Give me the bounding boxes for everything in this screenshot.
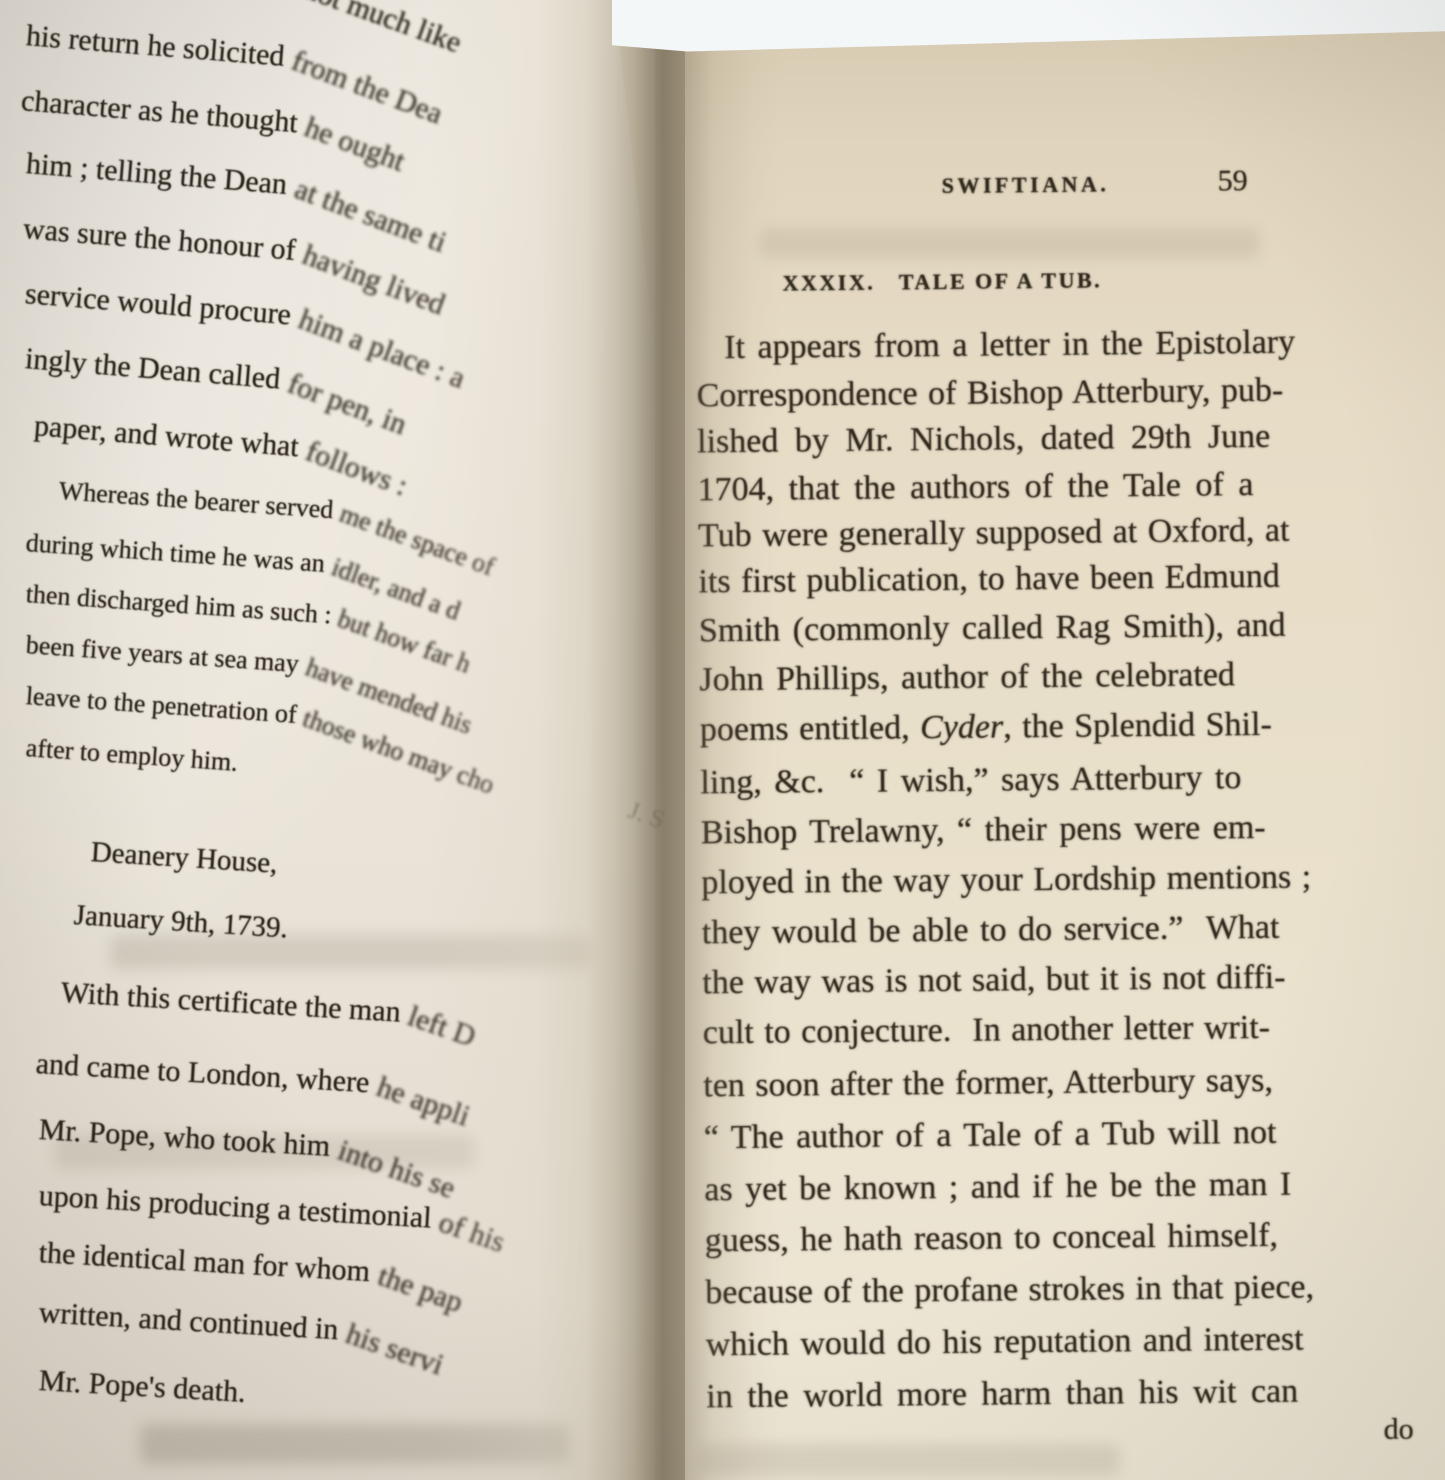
line-text: his return he solicited: [25, 19, 286, 73]
line-text: paper, and wrote what: [33, 409, 300, 463]
line-tail-text: into his se: [327, 1133, 459, 1204]
line-text: January 9th, 1739.: [73, 899, 289, 944]
text-line: and came to London, where he appli: [35, 1049, 473, 1104]
line-text: cult to conjecture. In another letter wr…: [703, 1009, 1271, 1051]
italic-word: Cyder: [920, 708, 1003, 746]
text-line: Tub were generally supposed at Oxford, a…: [698, 514, 1290, 554]
line-tail-text: left D: [397, 999, 479, 1053]
text-line: Whereas the bearer served me the space o…: [58, 478, 503, 535]
right-page: SWIFTIANA. 59 XXXIX. TALE OF A TUB. It a…: [648, 0, 1445, 1480]
line-text: ployed in the way your Lordship mentions…: [701, 858, 1311, 901]
text-line: Bishop Trelawny, “ their pens were em-: [701, 811, 1266, 850]
line-text: because of the profane strokes in that p…: [705, 1268, 1314, 1311]
line-text: written, and continued in: [38, 1296, 339, 1346]
text-line: “ The author of a Tale of a Tub will not: [704, 1116, 1277, 1155]
line-text: was sure the honour of: [22, 212, 297, 267]
line-text: poems entitled,: [700, 709, 921, 748]
text-line: guess, he hath reason to conceal himself…: [705, 1219, 1278, 1259]
text-line: poems entitled, Cyder, the Splendid Shil…: [700, 708, 1272, 747]
text-line: as yet be known ; and if he be the man I: [704, 1168, 1291, 1208]
line-tail-text: follows :: [295, 434, 412, 502]
line-text: Correspondence of Bishop Atterbury, pub-: [697, 372, 1284, 415]
text-line: ployed in the way your Lordship mentions…: [701, 860, 1311, 900]
line-text: upon his producing a testimonial: [38, 1179, 433, 1235]
line-text: service would procure: [24, 277, 292, 331]
line-tail-text: the pap: [367, 1258, 467, 1318]
text-line: the way was is not said, but it is not d…: [702, 961, 1285, 1001]
line-text: 1704, that the authors of the Tale of a: [697, 466, 1253, 508]
line-text: , the Splendid Shil-: [1003, 706, 1272, 746]
text-line: Mr. Pope's death.: [38, 1366, 246, 1408]
line-text: as yet be known ; and if he be the man I: [704, 1166, 1291, 1209]
text-line: ling, &c. “ I wish,” says Atterbury to: [700, 761, 1241, 800]
catchword: do: [1383, 1413, 1413, 1447]
text-line: 1704, that the authors of the Tale of a: [697, 468, 1253, 507]
line-text: during which time he was an: [25, 528, 326, 578]
line-text: Mr. Pope's death.: [38, 1364, 247, 1409]
line-text: John Phillips, author of the celebrated: [699, 656, 1235, 698]
text-line: Correspondence of Bishop Atterbury, pub-: [697, 374, 1284, 414]
text-line: lished by Mr. Nichols, dated 29th June: [697, 420, 1270, 459]
line-text: guess, he hath reason to conceal himself…: [705, 1217, 1278, 1260]
line-text: ingly the Dean called: [24, 342, 282, 395]
text-line: the identical man for whom the pap: [38, 1238, 466, 1293]
text-line: its first publication, to have been Edmu…: [698, 560, 1280, 600]
text-line: Mr. Pope, who took him into his se: [38, 1115, 460, 1169]
dateline: January 9th, 1739.: [73, 901, 289, 943]
line-tail-text: he appli: [366, 1069, 473, 1131]
line-text: Mr. Pope, who took him: [38, 1113, 331, 1163]
text-line: because of the profane strokes in that p…: [705, 1270, 1314, 1310]
line-text: they would be able to do service.” What: [702, 909, 1280, 952]
text-line: Smith (commonly called Rag Smith), and: [699, 609, 1286, 649]
line-text: after to employ him.: [25, 733, 239, 777]
line-text: and came to London, where: [35, 1047, 370, 1099]
text-line: which would do his reputation and intere…: [706, 1323, 1304, 1363]
line-text: leave to the penetration of: [25, 681, 298, 729]
book-photo: not much like his return he solicited fr…: [0, 0, 1445, 1480]
line-text: Whereas the bearer served: [58, 476, 334, 524]
line-tail-text: those who may cho: [294, 703, 498, 799]
text-line: It appears from a letter in the Epistola…: [724, 326, 1295, 365]
text-line: after to employ him.: [25, 735, 239, 776]
line-text: its first publication, to have been Edmu…: [698, 558, 1280, 601]
line-text: which would do his reputation and intere…: [706, 1321, 1304, 1364]
line-text: With this certificate the man: [60, 976, 402, 1029]
line-tail-text: of his: [428, 1205, 509, 1258]
line-text: “ The author of a Tale of a Tub will not: [704, 1114, 1277, 1156]
text-line: With this certificate the man left D: [60, 978, 478, 1032]
line-text: Deanery House,: [90, 836, 278, 880]
line-tail-text: he ought: [294, 110, 409, 177]
text-line: cult to conjecture. In another letter wr…: [703, 1011, 1271, 1050]
line-text: character as he thought: [20, 84, 299, 139]
text-line: written, and continued in his servi: [38, 1298, 447, 1351]
text-line: in the world more harm than his wit can: [706, 1375, 1298, 1415]
line-text: Smith (commonly called Rag Smith), and: [699, 607, 1286, 650]
line-text: in the world more harm than his wit can: [706, 1373, 1298, 1416]
section-heading: XXXIX. TALE OF A TUB.: [782, 267, 1102, 296]
dateline: Deanery House,: [90, 838, 278, 879]
line-text: lished by Mr. Nichols, dated 29th June: [697, 418, 1270, 460]
line-text: It appears from a letter in the Epistola…: [724, 324, 1295, 366]
page-number: 59: [1217, 164, 1247, 198]
text-line: ten soon after the former, Atterbury say…: [703, 1064, 1273, 1103]
line-text: been five years at sea may: [25, 630, 300, 678]
line-text: ling, &c. “ I wish,” says Atterbury to: [700, 759, 1241, 801]
line-text: the way was is not said, but it is not d…: [702, 959, 1286, 1002]
text-line: they would be able to do service.” What: [702, 911, 1280, 951]
line-tail-text: his servi: [335, 1316, 447, 1380]
line-text: the identical man for whom: [38, 1236, 371, 1288]
text-line: John Phillips, author of the celebrated: [699, 658, 1235, 697]
line-text: Bishop Trelawny, “ their pens were em-: [701, 809, 1266, 851]
running-header: SWIFTIANA.: [942, 171, 1110, 199]
line-text: ten soon after the former, Atterbury say…: [703, 1062, 1273, 1104]
line-text: Tub were generally supposed at Oxford, a…: [698, 512, 1290, 555]
line-text: then discharged him as such :: [25, 579, 333, 629]
line-text: him ; telling the Dean: [25, 147, 288, 201]
text-line: leave to the penetration of those who ma…: [25, 683, 505, 742]
